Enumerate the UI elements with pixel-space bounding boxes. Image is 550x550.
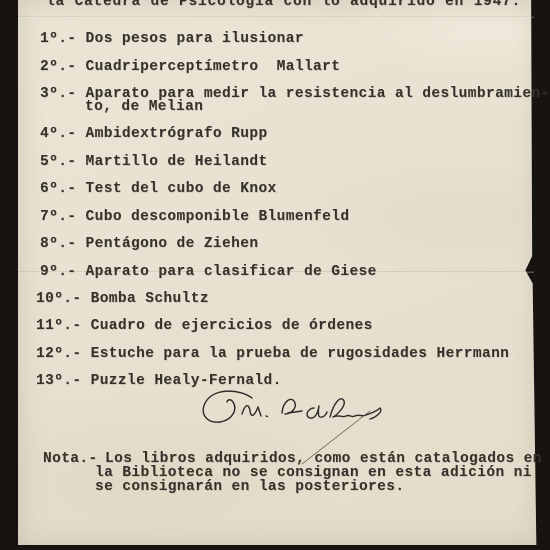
item-number: 2º.-: [40, 59, 86, 75]
intro-line: la Cátedra de Psicología con lo adquirid…: [46, 0, 521, 9]
item-number: 12º.-: [36, 346, 91, 362]
item-text: Pentágono de Ziehen: [86, 236, 259, 252]
list-item: 4º.- Ambidextrógrafo Rupp: [40, 127, 268, 141]
item-text: Aparato para clasificar de Giese: [86, 264, 377, 280]
list-item: 8º.- Pentágono de Ziehen: [40, 237, 258, 251]
note-line-1: Los libros adquiridos, como están catalo…: [105, 452, 542, 466]
item-text: Cuadro de ejercicios de órdenes: [91, 318, 373, 334]
scan-background: la Cátedra de Psicología con lo adquirid…: [0, 0, 550, 550]
item-text: Bomba Schultz: [91, 291, 209, 307]
note-label: Nota.-: [43, 452, 107, 466]
list-item: 11º.- Cuadro de ejercicios de órdenes: [36, 319, 373, 333]
item-text: Dos pesos para ilusionar: [86, 31, 304, 47]
list-item: 12º.- Estuche para la prueba de rugosida…: [36, 347, 509, 361]
item-number: 6º.-: [40, 181, 86, 197]
note-line-3: se consignarán en las posteriores.: [95, 480, 404, 494]
list-item-continuation: to, de Melian: [85, 100, 203, 114]
list-item: 7º.- Cubo descomponible Blumenfeld: [40, 210, 349, 224]
item-number: 11º.-: [36, 318, 91, 334]
note-line-2: la Biblioteca no se consignan en esta ad…: [95, 466, 532, 480]
item-number: 13º.-: [36, 373, 91, 389]
item-number: 9º.-: [40, 264, 86, 280]
list-item: 5º.- Martillo de Heilandt: [40, 155, 268, 169]
item-number: 5º.-: [40, 154, 86, 170]
list-item: 6º.- Test del cubo de Knox: [40, 182, 277, 196]
list-item: 1º.- Dos pesos para ilusionar: [40, 32, 304, 46]
item-number: 3º.-: [40, 86, 86, 102]
item-text: Cubo descomponible Blumenfeld: [86, 209, 350, 225]
item-text: Ambidextrógrafo Rupp: [86, 126, 268, 142]
item-number: 1º.-: [40, 31, 86, 47]
item-number: 4º.-: [40, 126, 86, 142]
item-text: Test del cubo de Knox: [86, 181, 277, 197]
list-item: 2º.- Cuadriperceptímetro Mallart: [40, 60, 340, 74]
list-item: 10º.- Bomba Schultz: [36, 292, 209, 306]
item-text: Martillo de Heilandt: [86, 154, 268, 170]
item-number: 7º.-: [40, 209, 86, 225]
item-number: 8º.-: [40, 236, 86, 252]
item-number: 10º.-: [36, 291, 91, 307]
list-item: 9º.- Aparato para clasificar de Giese: [40, 265, 377, 279]
item-text: Estuche para la prueba de rugosidades He…: [91, 346, 510, 362]
item-text: Cuadriperceptímetro Mallart: [86, 59, 341, 75]
